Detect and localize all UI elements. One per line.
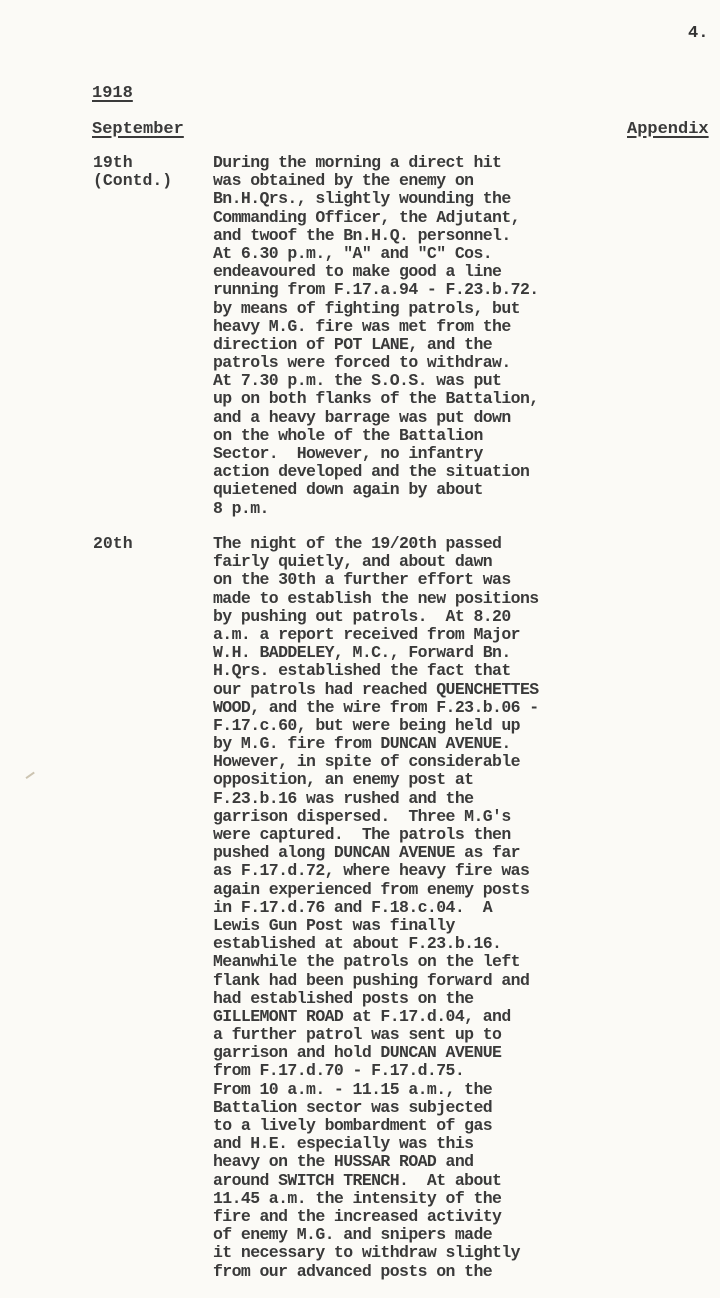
- text-line: again experienced from enemy posts: [213, 881, 539, 899]
- text-line: H.Qrs. established the fact that: [213, 662, 539, 680]
- text-line: running from F.17.a.94 - F.23.b.72.: [213, 281, 539, 299]
- text-line: on the 30th a further effort was: [213, 571, 539, 589]
- text-line: action developed and the situation: [213, 463, 539, 481]
- text-line: WOOD, and the wire from F.23.b.06 -: [213, 699, 539, 717]
- text-line: F.17.c.60, but were being held up: [213, 717, 539, 735]
- text-line: heavy M.G. fire was met from the: [213, 318, 539, 336]
- text-line: by means of fighting patrols, but: [213, 300, 539, 318]
- entry-text: The night of the 19/20th passedfairly qu…: [213, 535, 539, 1281]
- page-number: 4.: [688, 24, 708, 43]
- text-line: From 10 a.m. - 11.15 a.m., the: [213, 1081, 539, 1099]
- text-line: F.23.b.16 was rushed and the: [213, 790, 539, 808]
- text-line: Commanding Officer, the Adjutant,: [213, 209, 539, 227]
- appendix-column-heading: Appendix: [627, 120, 709, 139]
- text-line: as F.17.d.72, where heavy fire was: [213, 862, 539, 880]
- text-line: At 6.30 p.m., "A" and "C" Cos.: [213, 245, 539, 263]
- text-line: 11.45 a.m. the intensity of the: [213, 1190, 539, 1208]
- text-line: garrison and hold DUNCAN AVENUE: [213, 1044, 539, 1062]
- entry-date-label: 20th: [93, 534, 133, 553]
- text-line: patrols were forced to withdraw.: [213, 354, 539, 372]
- text-line: 8 p.m.: [213, 500, 539, 518]
- entry-text: During the morning a direct hitwas obtai…: [213, 154, 539, 518]
- text-line: GILLEMONT ROAD at F.17.d.04, and: [213, 1008, 539, 1026]
- text-line: were captured. The patrols then: [213, 826, 539, 844]
- text-line: it necessary to withdraw slightly: [213, 1244, 539, 1262]
- text-line: a.m. a report received from Major: [213, 626, 539, 644]
- text-line: opposition, an enemy post at: [213, 771, 539, 789]
- text-line: around SWITCH TRENCH. At about: [213, 1172, 539, 1190]
- text-line: our patrols had reached QUENCHETTES: [213, 681, 539, 699]
- text-line: up on both flanks of the Battalion,: [213, 390, 539, 408]
- text-line: by M.G. fire from DUNCAN AVENUE.: [213, 735, 539, 753]
- text-line: a further patrol was sent up to: [213, 1026, 539, 1044]
- entry-date-label: 19th: [93, 153, 133, 172]
- text-line: in F.17.d.76 and F.18.c.04. A: [213, 899, 539, 917]
- text-line: on the whole of the Battalion: [213, 427, 539, 445]
- text-line: heavy on the HUSSAR ROAD and: [213, 1153, 539, 1171]
- year-heading: 1918: [92, 84, 133, 103]
- entry-date: 19th (Contd.): [93, 154, 172, 190]
- text-line: W.H. BADDELEY, M.C., Forward Bn.: [213, 644, 539, 662]
- text-line: by pushing out patrols. At 8.20: [213, 608, 539, 626]
- text-line: and H.E. especially was this: [213, 1135, 539, 1153]
- text-line: of enemy M.G. and snipers made: [213, 1226, 539, 1244]
- month-heading: September: [92, 120, 184, 139]
- entry-date-note: (Contd.): [93, 171, 172, 190]
- text-line: Sector. However, no infantry: [213, 445, 539, 463]
- text-line: flank had been pushing forward and: [213, 972, 539, 990]
- text-line: had established posts on the: [213, 990, 539, 1008]
- text-line: Meanwhile the patrols on the left: [213, 953, 539, 971]
- text-line: established at about F.23.b.16.: [213, 935, 539, 953]
- text-line: pushed along DUNCAN AVENUE as far: [213, 844, 539, 862]
- text-line: fairly quietly, and about dawn: [213, 553, 539, 571]
- text-line: During the morning a direct hit: [213, 154, 539, 172]
- text-line: was obtained by the enemy on: [213, 172, 539, 190]
- text-line: The night of the 19/20th passed: [213, 535, 539, 553]
- text-line: from our advanced posts on the: [213, 1263, 539, 1281]
- text-line: to a lively bombardment of gas: [213, 1117, 539, 1135]
- entry-date: 20th: [93, 535, 133, 553]
- text-line: and a heavy barrage was put down: [213, 409, 539, 427]
- text-line: Battalion sector was subjected: [213, 1099, 539, 1117]
- text-line: and twoof the Bn.H.Q. personnel.: [213, 227, 539, 245]
- text-line: At 7.30 p.m. the S.O.S. was put: [213, 372, 539, 390]
- pen-mark: [25, 772, 36, 782]
- text-line: from F.17.d.70 - F.17.d.75.: [213, 1062, 539, 1080]
- text-line: direction of POT LANE, and the: [213, 336, 539, 354]
- text-line: Bn.H.Qrs., slightly wounding the: [213, 190, 539, 208]
- text-line: Lewis Gun Post was finally: [213, 917, 539, 935]
- text-line: However, in spite of considerable: [213, 753, 539, 771]
- text-line: endeavoured to make good a line: [213, 263, 539, 281]
- text-line: quietened down again by about: [213, 481, 539, 499]
- text-line: made to establish the new positions: [213, 590, 539, 608]
- text-line: garrison dispersed. Three M.G's: [213, 808, 539, 826]
- text-line: fire and the increased activity: [213, 1208, 539, 1226]
